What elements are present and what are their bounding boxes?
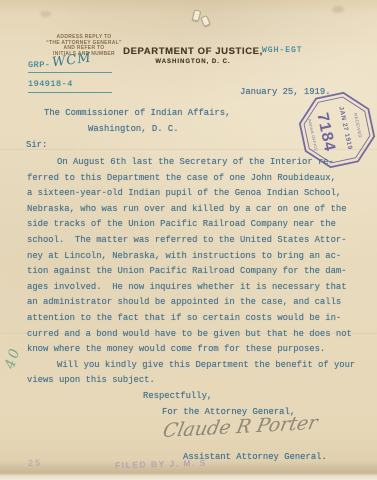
letter-body: On August 6th last the Secretary of the …	[27, 155, 367, 389]
body-line: views upon this subject.	[27, 373, 367, 389]
body-line: know where the money would come from for…	[27, 342, 367, 358]
body-line: ney at Lincoln, Nebraska, with instructi…	[27, 249, 367, 265]
margin-note-green: 40	[2, 345, 24, 371]
stamp-date: JAN 27 1919	[337, 106, 353, 151]
rule-line	[28, 72, 112, 73]
letterhead: DEPARTMENT OF JUSTICE, WASHINGTON, D. C.	[108, 46, 278, 65]
paper-smudge	[40, 11, 51, 17]
file-prefix: GRP-	[28, 60, 50, 70]
file-number: 194918-4	[28, 79, 73, 89]
recipient-line-1: The Commissioner of Indian Affairs,	[44, 108, 230, 118]
recipient-line-2: Washington, D. C.	[88, 124, 179, 134]
body-line: ferred to this Department the case of on…	[27, 171, 367, 187]
fastener-mark	[200, 15, 210, 27]
corner-stamp-fragment: 25	[28, 458, 42, 468]
salutation: Sir:	[26, 140, 47, 150]
body-line: curred and a bond would have to be given…	[27, 327, 367, 343]
body-line: an administrator should be appointed in …	[27, 295, 367, 311]
body-line: Will you kindly give this Department the…	[27, 358, 367, 374]
typist-code: WGH-EGT	[262, 46, 303, 55]
paper-smudge	[332, 6, 344, 13]
body-line: side tracks of the Union Pacific Railroa…	[27, 217, 367, 233]
closing-respectfully: Respectfully,	[143, 391, 212, 401]
stamp-top-text: RECEIVED	[353, 113, 363, 139]
body-line: ages involved. He now inquires whether i…	[27, 280, 367, 296]
rule-line	[28, 92, 112, 93]
body-line: On August 6th last the Secretary of the …	[27, 155, 367, 171]
letterhead-city: WASHINGTON, D. C.	[108, 59, 278, 65]
body-line: attention to the fact that if so certain…	[27, 311, 367, 327]
body-line: tion against the Union Pacific Railroad …	[27, 264, 367, 280]
body-line: school. The matter was referred to the U…	[27, 233, 367, 249]
department-title: DEPARTMENT OF JUSTICE,	[108, 46, 278, 57]
body-line: Nebraska, who was run over and killed by…	[27, 202, 367, 218]
handwritten-initials: WCM	[51, 51, 92, 71]
fastener-mark	[192, 9, 202, 21]
letter-scan: ADDRESS REPLY TO“THE ATTORNEY GENERAL”AN…	[0, 0, 377, 480]
body-line: a sixteen-year-old Indian pupil of the G…	[27, 186, 367, 202]
filed-stamp: FILED BY J. M. S	[115, 458, 207, 470]
